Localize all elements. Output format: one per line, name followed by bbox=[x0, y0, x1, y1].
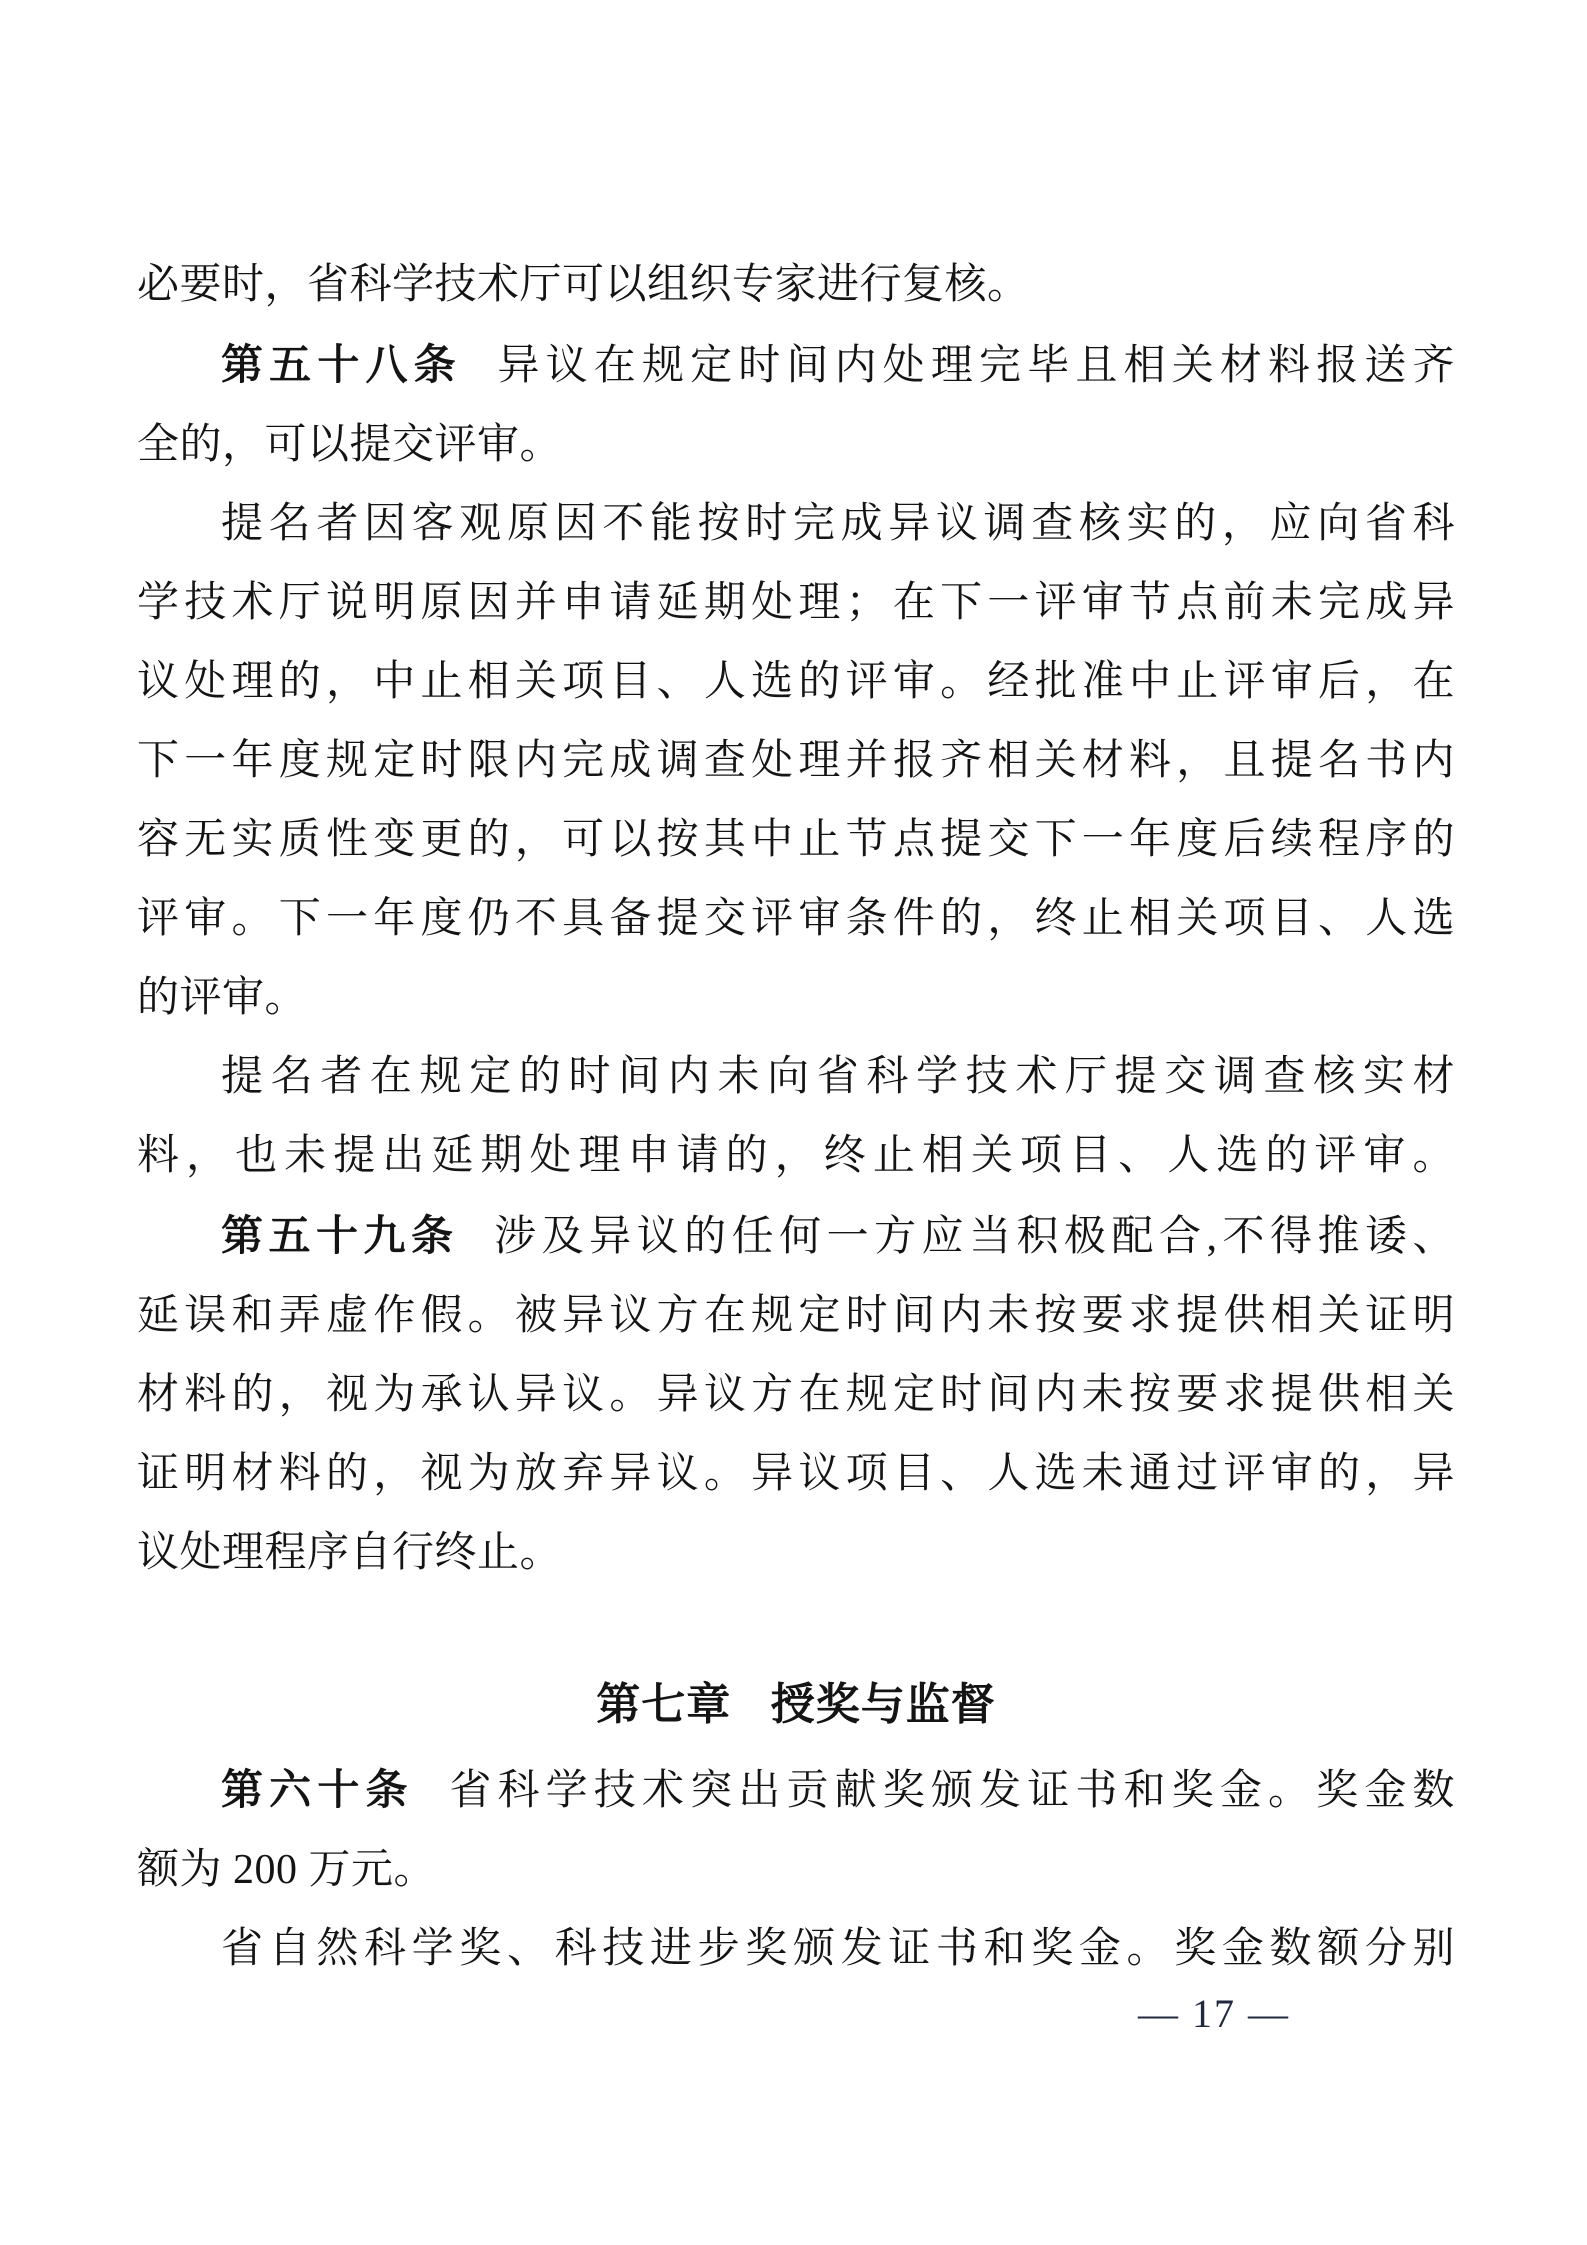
article-number: 第五十八条 bbox=[221, 341, 462, 388]
text-line: 提名者因客观原因不能按时完成异议调查核实的，应向省科 bbox=[137, 485, 1455, 564]
line-text: 异议在规定时间内处理完毕且相关材料报送齐 bbox=[497, 343, 1455, 389]
text-line: 必要时，省科学技术厅可以组织专家进行复核。 bbox=[137, 246, 1455, 325]
text-line: 议处理的，中止相关项目、人选的评审。经批准中止评审后，在 bbox=[137, 643, 1455, 722]
article-number: 第五十九条 bbox=[221, 1212, 458, 1259]
page-number: — 17 — bbox=[1138, 1992, 1290, 2036]
line-text: 涉及异议的任何一方应当积极配合,不得推诿、 bbox=[494, 1214, 1455, 1260]
chapter-heading: 第七章授奖与监督 bbox=[137, 1665, 1455, 1744]
text-line: 下一年度规定时限内完成调查处理并报齐相关材料，且提名书内 bbox=[137, 722, 1455, 801]
text-line: 省自然科学奖、科技进步奖颁发证书和奖金。奖金数额分别 bbox=[137, 1910, 1455, 1989]
text-line: 第五十八条异议在规定时间内处理完毕且相关材料报送齐 bbox=[137, 325, 1455, 406]
chapter-number: 第七章 bbox=[596, 1680, 731, 1729]
text-line: 容无实质性变更的，可以按其中止节点提交下一年度后续程序的 bbox=[137, 801, 1455, 880]
document-page: 必要时，省科学技术厅可以组织专家进行复核。 第五十八条异议在规定时间内处理完毕且… bbox=[0, 0, 1587, 2245]
text-line: 第六十条省科学技术突出贡献奖颁发证书和奖金。奖金数 bbox=[137, 1750, 1455, 1831]
text-line: 第五十九条涉及异议的任何一方应当积极配合,不得推诿、 bbox=[137, 1196, 1455, 1277]
text-line: 延误和弄虚作假。被异议方在规定时间内未按要求提供相关证明 bbox=[137, 1277, 1455, 1356]
article-number: 第六十条 bbox=[221, 1766, 414, 1813]
text-line: 材料的，视为承认异议。异议方在规定时间内未按要求提供相关 bbox=[137, 1356, 1455, 1435]
chapter-title: 授奖与监督 bbox=[771, 1680, 996, 1729]
text-line: 学技术厅说明原因并申请延期处理；在下一评审节点前未完成异 bbox=[137, 564, 1455, 643]
text-line: 议处理程序自行终止。 bbox=[137, 1514, 1455, 1593]
text-line: 额为 200 万元。 bbox=[137, 1831, 1455, 1910]
text-line: 证明材料的，视为放弃异议。异议项目、人选未通过评审的，异 bbox=[137, 1435, 1455, 1514]
text-line: 提名者在规定的时间内未向省科学技术厅提交调查核实材 bbox=[137, 1038, 1455, 1117]
text-line: 全的，可以提交评审。 bbox=[137, 406, 1455, 485]
document-body: 必要时，省科学技术厅可以组织专家进行复核。 第五十八条异议在规定时间内处理完毕且… bbox=[137, 246, 1455, 1989]
text-line: 的评审。 bbox=[137, 959, 1455, 1038]
line-text: 省科学技术突出贡献奖颁发证书和奖金。奖金数 bbox=[449, 1768, 1455, 1814]
text-line: 料，也未提出延期处理申请的，终止相关项目、人选的评审。 bbox=[137, 1117, 1455, 1196]
text-line: 评审。下一年度仍不具备提交评审条件的，终止相关项目、人选 bbox=[137, 880, 1455, 959]
